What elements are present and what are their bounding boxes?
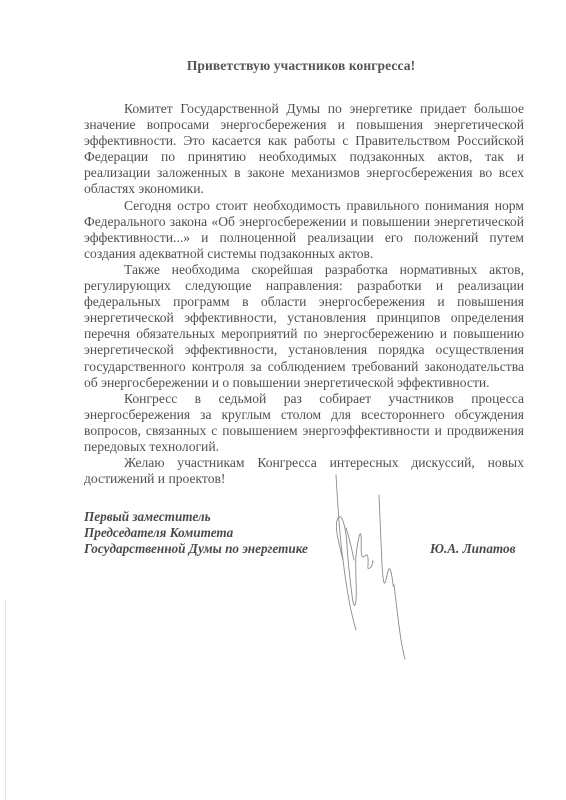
scan-edge-line (5, 600, 6, 800)
paragraph: Комитет Государственной Думы по энергети… (84, 101, 524, 198)
signatory-title: Первый заместитель Председателя Комитета… (84, 509, 308, 557)
signatory-title-line: Государственной Думы по энергетике (84, 541, 308, 557)
signatory-name: Ю.А. Липатов (430, 541, 516, 557)
document-page: Приветствую участников конгресса! Комите… (0, 0, 566, 800)
letter-body: Комитет Государственной Думы по энергети… (84, 101, 524, 487)
paragraph: Конгресс в седьмой раз собирает участник… (84, 391, 524, 455)
paragraph: Также необходима скорейшая разработка но… (84, 262, 524, 391)
paragraph: Сегодня остро стоит необходимость правил… (84, 198, 524, 262)
signatory-title-line: Первый заместитель (84, 509, 308, 525)
page-title: Приветствую участников конгресса! (0, 58, 566, 74)
handwritten-signature (300, 470, 430, 660)
signatory-title-line: Председателя Комитета (84, 525, 308, 541)
